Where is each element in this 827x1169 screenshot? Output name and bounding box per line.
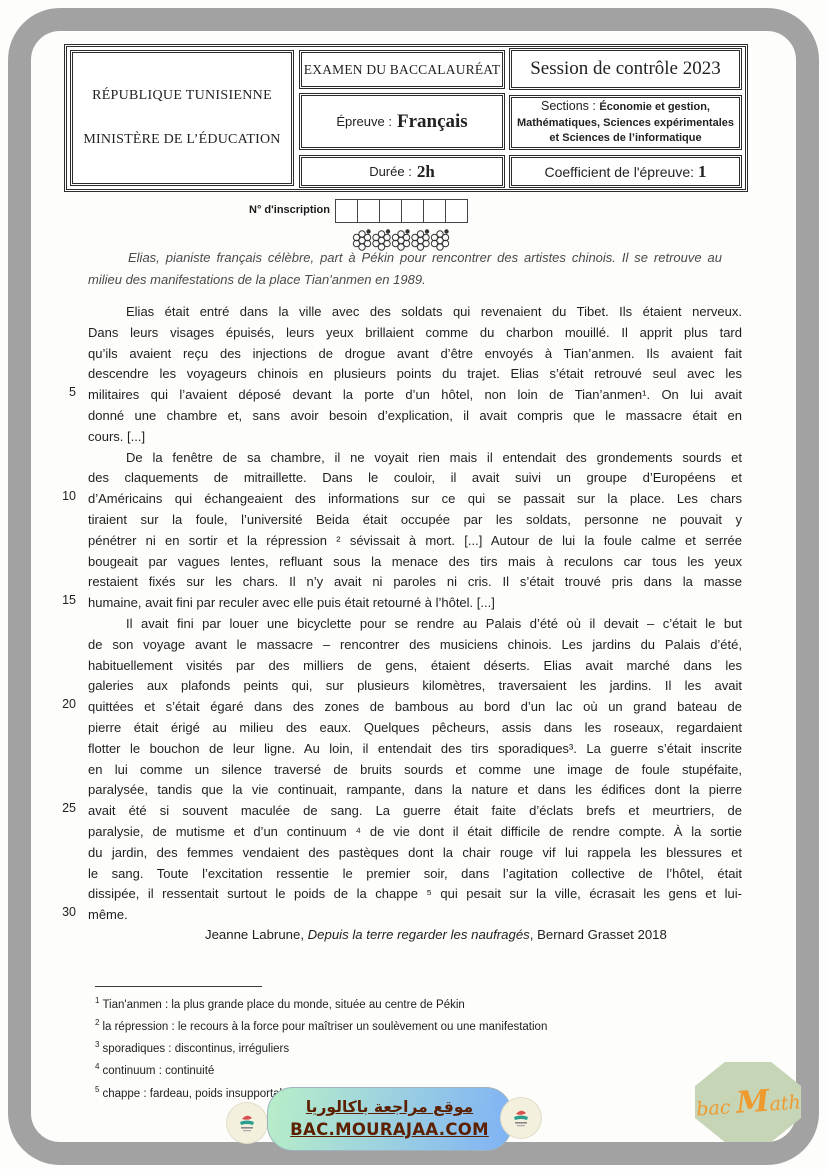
text-line: du jardin, des femmes vendaient des past… xyxy=(88,843,742,864)
coefficient-value: 1 xyxy=(698,162,707,182)
coefficient-label: Coefficient de l'épreuve: xyxy=(544,164,694,180)
footnote-marker: 2 xyxy=(95,1018,99,1027)
text-line: même. xyxy=(88,905,742,926)
inscription-digit-box xyxy=(423,199,446,223)
intro-line: Elias, pianiste français célèbre, part à… xyxy=(88,247,722,269)
text-line: paralysée, tandis que la vie continuait,… xyxy=(88,780,742,801)
subject-label: Épreuve : xyxy=(336,114,392,129)
duration-cell: Durée : 2h xyxy=(299,155,505,188)
text-line: galeries aux plafonds peints qui, sur pl… xyxy=(88,676,742,697)
line-number: 30 xyxy=(50,905,76,919)
text-line: qu’ils avaient reçu des injections de dr… xyxy=(88,344,742,365)
session-title: Session de contrôle 2023 xyxy=(530,58,721,80)
text-line: des claquements de mitraillette. Dans le… xyxy=(88,468,742,489)
text-line: Il avait fini par louer une bicyclette p… xyxy=(88,614,742,635)
text-line: habituellement visités par des milliers … xyxy=(88,656,742,677)
mourajaa-badge-icon xyxy=(508,1105,534,1131)
source-attribution: Jeanne Labrune, Depuis la terre regarder… xyxy=(205,927,667,942)
text-line: avait été si souvent maculée de sang. La… xyxy=(88,801,742,822)
line-number: 25 xyxy=(50,801,76,815)
text-line: de son voyage avant le massacre – rencon… xyxy=(88,635,742,656)
duration-value: 2h xyxy=(417,162,435,182)
text-line: Elias était entré dans la ville avec des… xyxy=(88,302,742,323)
mourajaa-badge xyxy=(501,1098,541,1138)
mourajaa-badge-icon xyxy=(234,1110,260,1136)
mourajaa-badge xyxy=(227,1103,267,1143)
exam-title: EXAMEN DU BACCALAURÉAT xyxy=(304,62,500,78)
text-line: descendre les voyageurs chinois en plusi… xyxy=(88,364,742,385)
inscription-digit-box xyxy=(357,199,380,223)
footnote-text: sporadiques : discontinus, irréguliers xyxy=(102,1043,289,1055)
text-line: Dans leurs visages épuisés, leurs yeux b… xyxy=(88,323,742,344)
text-line: tiraient sur la foule, l’université Beid… xyxy=(88,510,742,531)
text-line: d’Américains qui échangeaient des inform… xyxy=(88,489,742,510)
footnote-marker: 5 xyxy=(95,1085,99,1094)
text-line: dissipée, il ressentait surtout le poids… xyxy=(88,884,742,905)
subject-cell: Épreuve : Français xyxy=(299,93,505,150)
coefficient-cell: Coefficient de l'épreuve: 1 xyxy=(509,155,742,188)
text-line: paralysie, de mutisme et d’un continuum … xyxy=(88,822,742,843)
line-number: 10 xyxy=(50,489,76,503)
inscription-digit-box xyxy=(335,199,358,223)
inscription-number-grid xyxy=(336,199,468,223)
exam-title-cell: EXAMEN DU BACCALAURÉAT xyxy=(299,50,505,89)
footnote: 2la répression : le recours à la force p… xyxy=(95,1014,715,1036)
text-line: De la fenêtre de sa chambre, il ne voyai… xyxy=(88,448,742,469)
line-number: 5 xyxy=(50,385,76,399)
text-line: pénétrer ni en sortir et la répression ²… xyxy=(88,531,742,552)
text-line: flotter le bouchon de leur ligne. Au loi… xyxy=(88,739,742,760)
text-line: restaient fixés sur les chars. Il n’y av… xyxy=(88,572,742,593)
author-name: Jeanne Labrune, xyxy=(205,927,308,942)
inscription-digit-box xyxy=(379,199,402,223)
footnote-separator xyxy=(95,986,262,987)
footnote: 1Tian'anmen : la plus grande place du mo… xyxy=(95,992,715,1014)
intro-line: milieu des manifestations de la place Ti… xyxy=(88,269,722,291)
bacmath-logo-text: bac Math xyxy=(695,1081,802,1123)
footnote: 4continuum : continuité xyxy=(95,1058,715,1080)
website-url-link[interactable]: BAC.MOURAJAA.COM xyxy=(290,1118,489,1142)
inscription-digit-box xyxy=(445,199,468,223)
footnote-marker: 4 xyxy=(95,1062,99,1071)
text-line: quittées et s’était égaré dans des zones… xyxy=(88,697,742,718)
ministry-cell: RÉPUBLIQUE TUNISIENNE MINISTÈRE DE L’ÉDU… xyxy=(70,50,294,186)
text-line: pierre était érigé au milieu des eaux. Q… xyxy=(88,718,742,739)
text-line: militaires qui l’avaient déposé devant l… xyxy=(88,385,742,406)
line-number: 20 xyxy=(50,697,76,711)
publisher-year: , Bernard Grasset 2018 xyxy=(530,927,667,942)
text-line: en lui comme un silence traversé de brui… xyxy=(88,760,742,781)
footnote-marker: 1 xyxy=(95,996,99,1005)
footnote-text: Tian'anmen : la plus grande place du mon… xyxy=(102,999,464,1011)
footnote-marker: 3 xyxy=(95,1040,99,1049)
line-number: 15 xyxy=(50,593,76,607)
ministry-line: MINISTÈRE DE L’ÉDUCATION xyxy=(83,132,280,148)
intro-paragraph: Elias, pianiste français célèbre, part à… xyxy=(88,247,722,290)
text-line: humaine, avait fini par reculer avec ell… xyxy=(88,593,742,614)
text-line: donné une chambre et, sans avoir besoin … xyxy=(88,406,742,427)
inscription-digit-box xyxy=(401,199,424,223)
footnote: 3sporadiques : discontinus, irréguliers xyxy=(95,1036,715,1058)
footnote-text: chappe : fardeau, poids insupportable xyxy=(102,1087,294,1099)
duration-label: Durée : xyxy=(369,164,412,179)
sections-cell: Sections : Économie et gestion, Mathémat… xyxy=(509,95,742,150)
inscription-label: N° d'inscription xyxy=(230,204,330,216)
reading-text: Elias était entré dans la ville avec des… xyxy=(88,302,742,926)
footnote-text: continuum : continuité xyxy=(102,1065,214,1077)
text-line: cours. [...] xyxy=(88,427,742,448)
website-banner-link[interactable]: موقع مراجعة باكالوريا BAC.MOURAJAA.COM xyxy=(267,1087,512,1151)
republic-line: RÉPUBLIQUE TUNISIENNE xyxy=(92,88,272,104)
sections-label: Sections : xyxy=(541,99,596,113)
footnote-text: la répression : le recours à la force po… xyxy=(102,1021,547,1033)
session-cell: Session de contrôle 2023 xyxy=(509,48,742,90)
text-line: bougeait par vagues lentes, refluant sou… xyxy=(88,552,742,573)
website-arabic-title[interactable]: موقع مراجعة باكالوريا xyxy=(306,1096,473,1118)
text-line: le sang. Toute l’excitation ressentie le… xyxy=(88,864,742,885)
work-title: Depuis la terre regarder les naufragés xyxy=(308,927,530,942)
scanned-exam-page: RÉPUBLIQUE TUNISIENNE MINISTÈRE DE L’ÉDU… xyxy=(0,0,827,1169)
bacmath-logo: bac Math xyxy=(695,1062,801,1142)
subject-value: Français xyxy=(397,111,468,133)
